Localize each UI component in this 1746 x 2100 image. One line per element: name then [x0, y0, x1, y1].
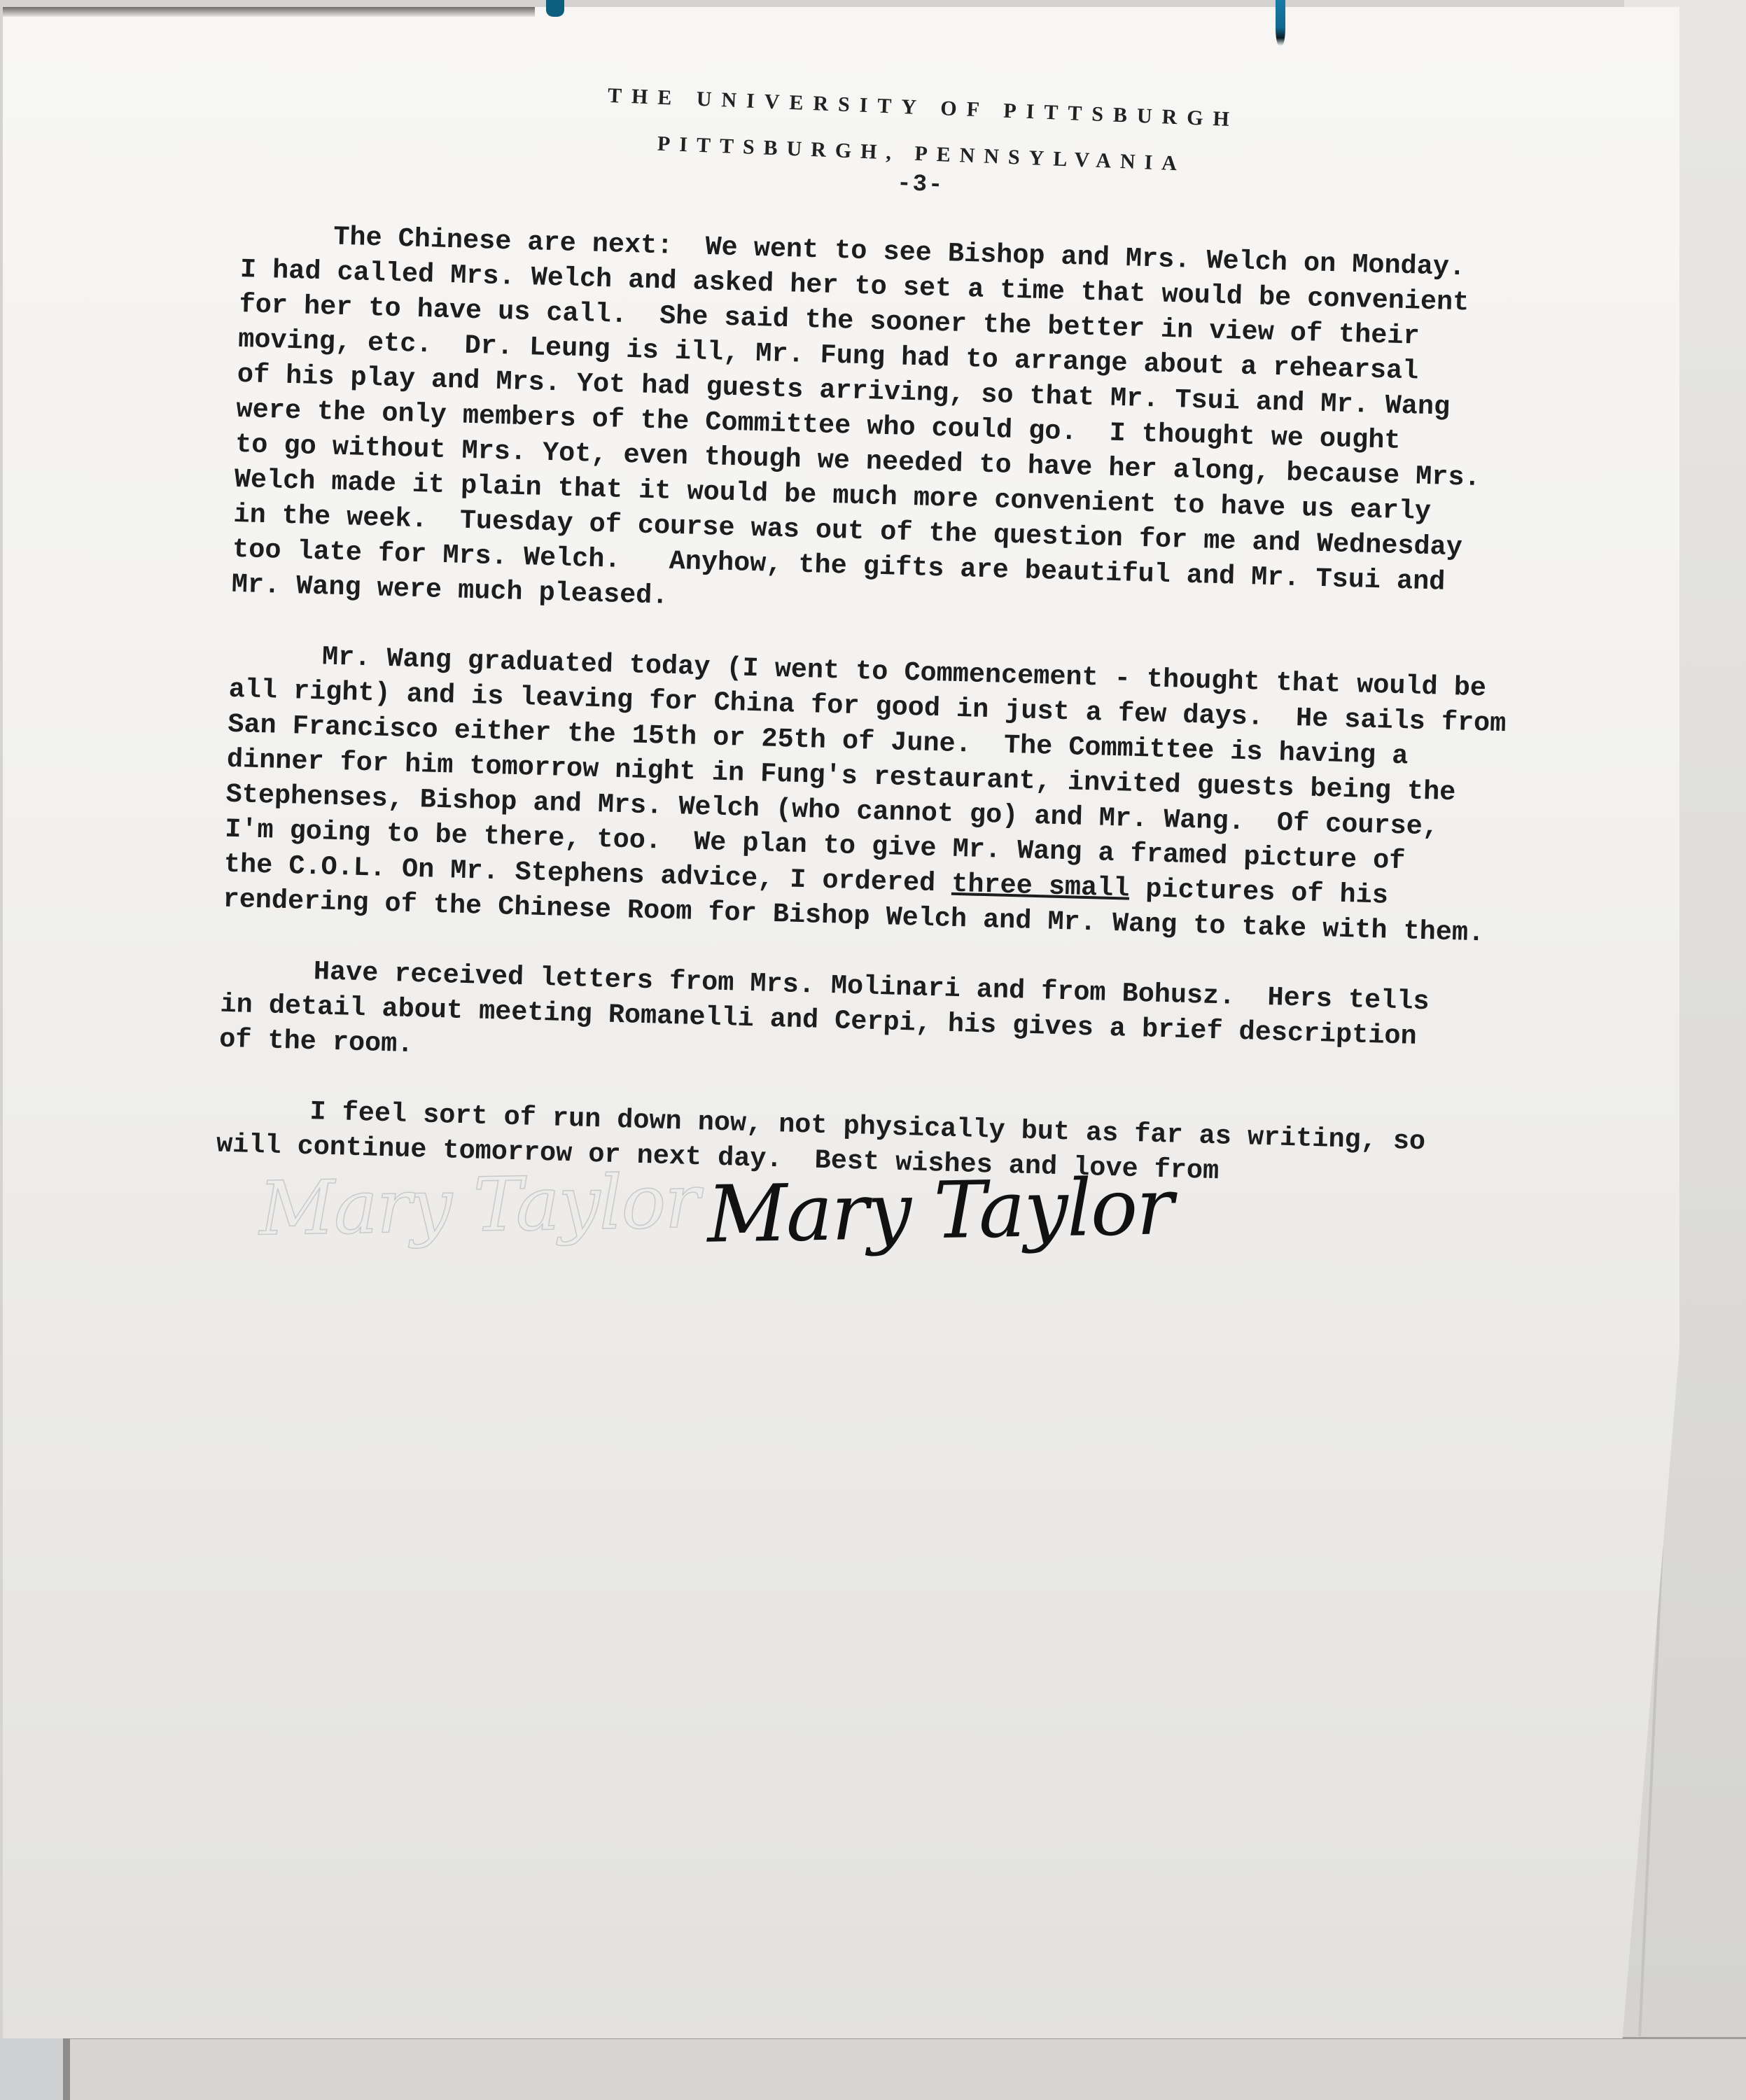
signature-ghost-impression: Mary Taylor [258, 1158, 699, 1252]
text-segment: pictures of his [1129, 874, 1389, 911]
binder-tab-right-icon [1276, 0, 1285, 46]
corner-clip [0, 2037, 70, 2100]
underlined-phrase: three small [951, 869, 1130, 904]
bottom-page-edge [0, 2037, 1746, 2100]
binder-tab-left-icon [546, 0, 564, 17]
paragraph-chinese-committee: The Chinese are next: We went to see Bis… [231, 217, 1613, 639]
top-edge-shadow [3, 7, 535, 17]
letter-body: The Chinese are next: We went to see Bis… [215, 217, 1613, 1234]
paragraph-wang-graduation: Mr. Wang graduated today (I went to Comm… [223, 637, 1602, 954]
signature: Mary Taylor [706, 1161, 1173, 1261]
paragraph-letters-received: Have received letters from Mrs. Molinari… [219, 952, 1593, 1094]
